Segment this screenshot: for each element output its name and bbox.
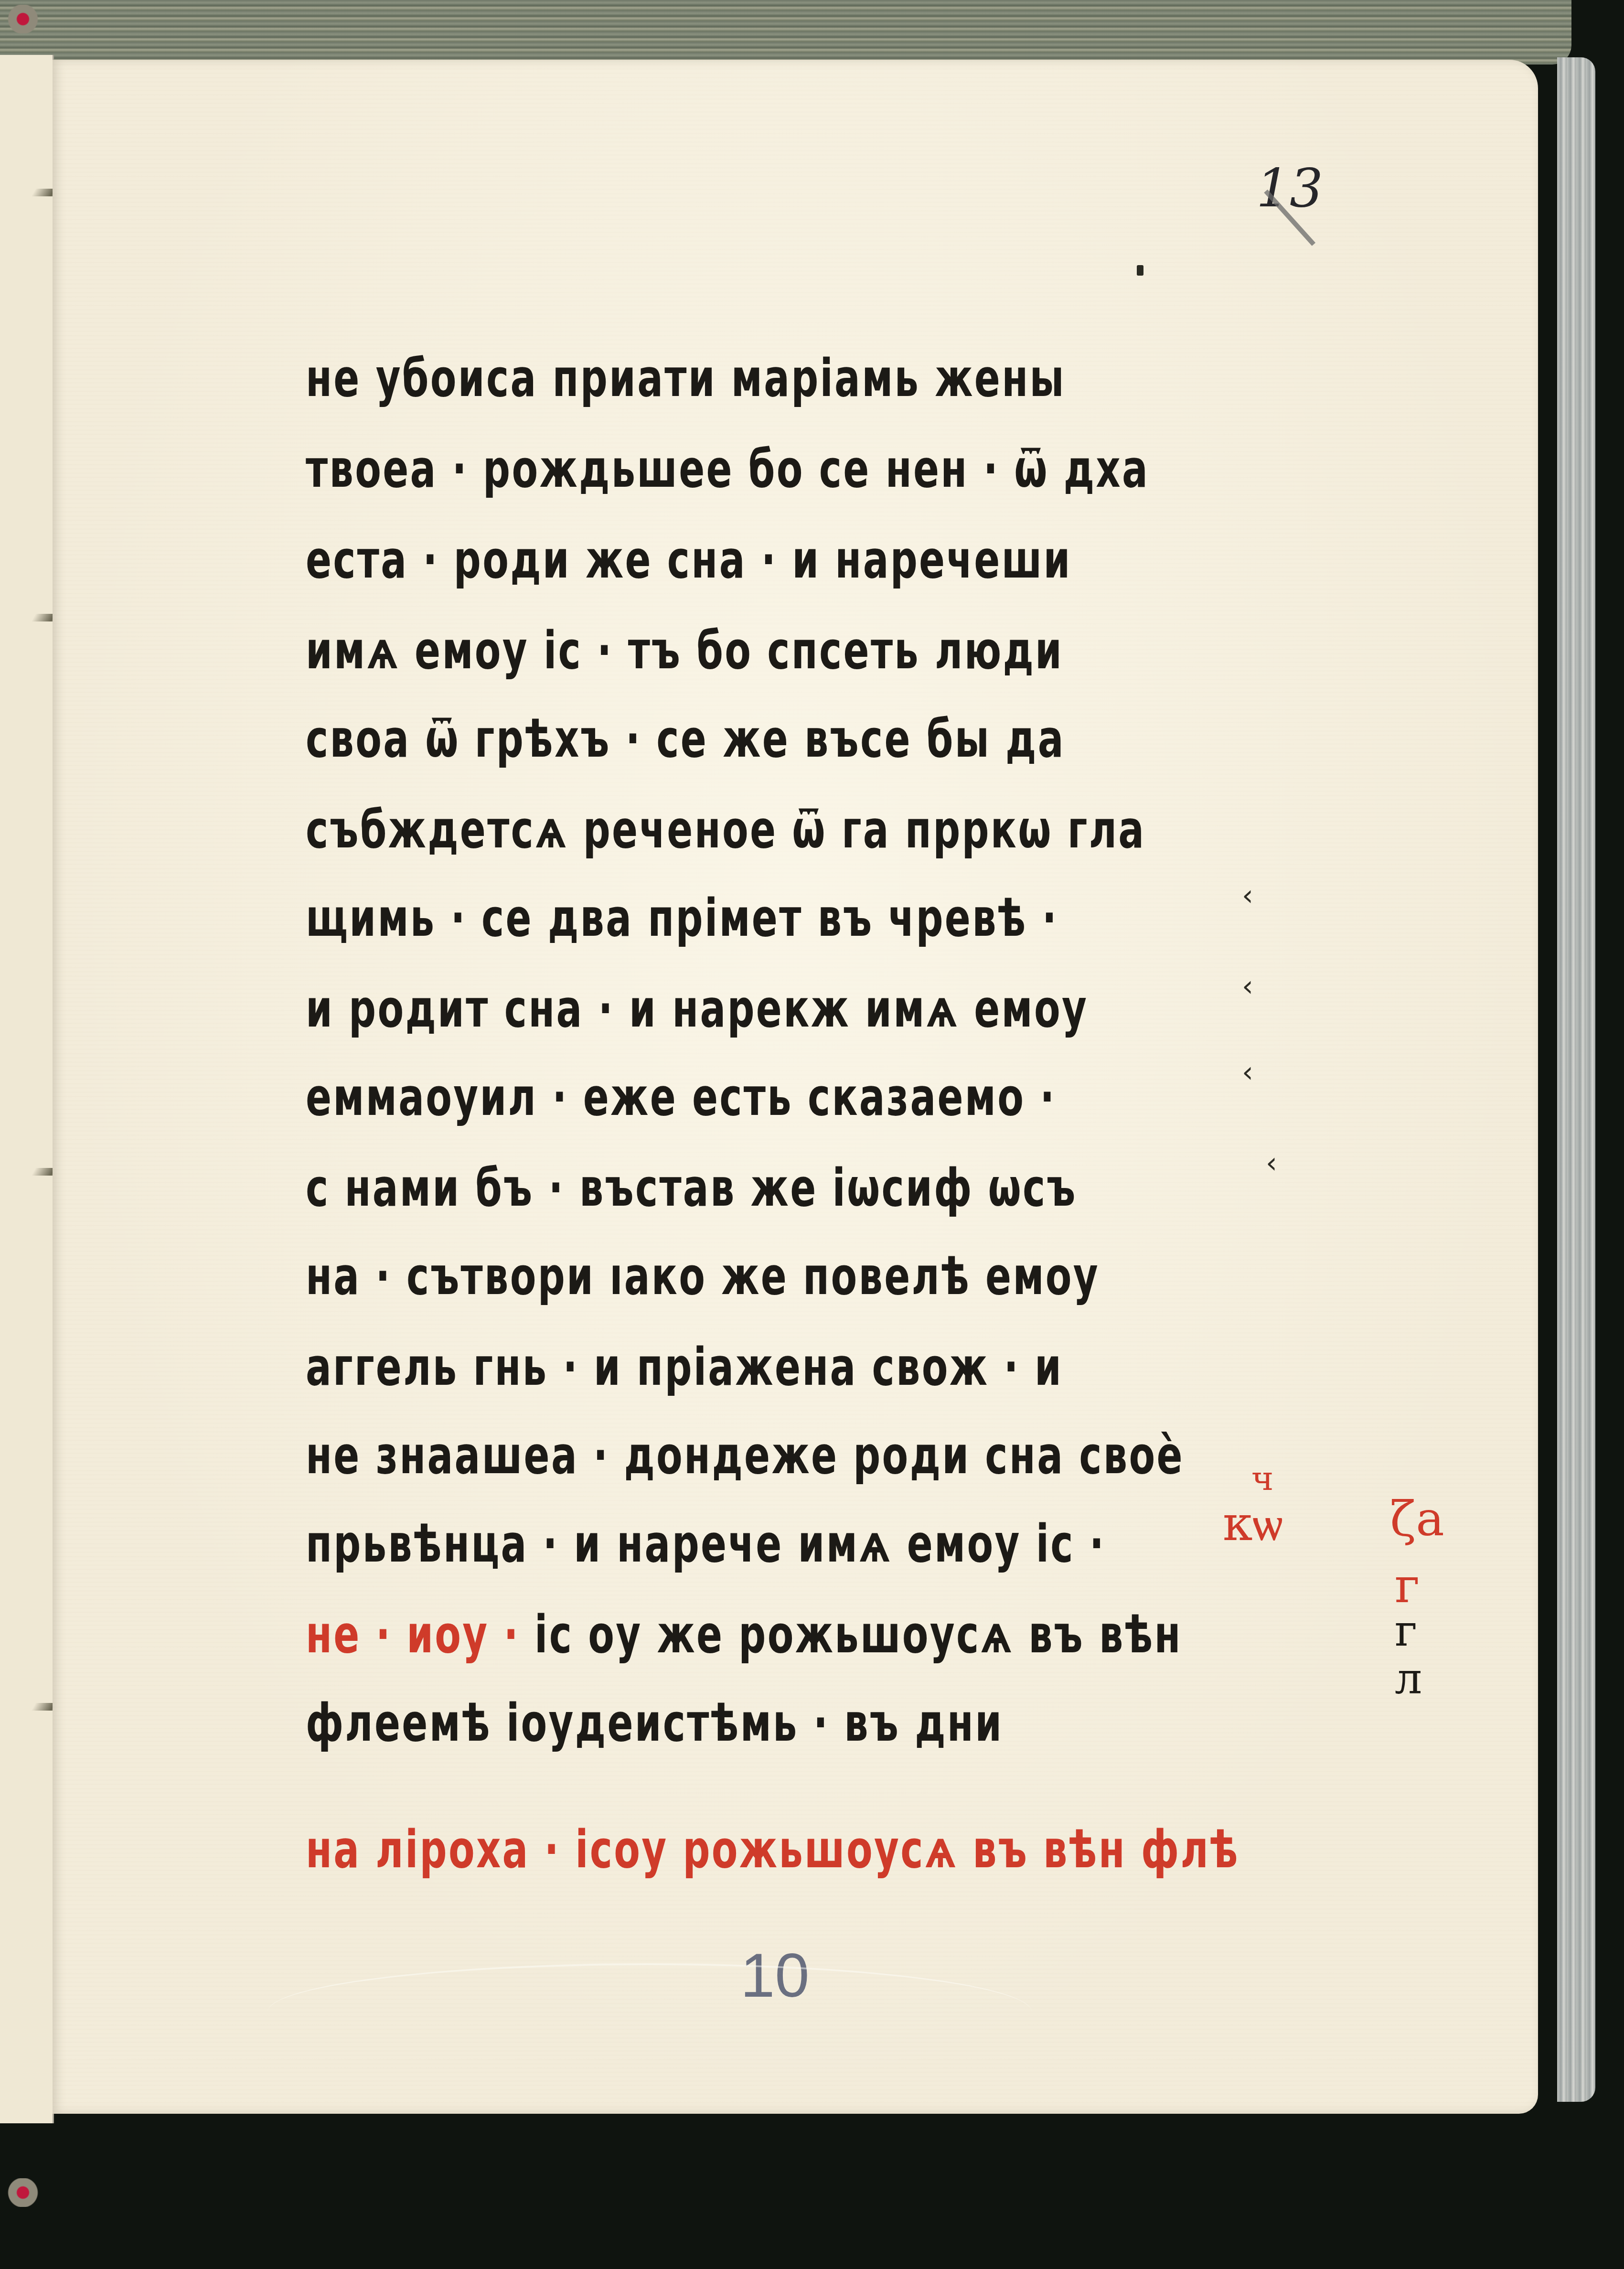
text-continuation: іс оу же рожьшоусѧ въ вѣн bbox=[534, 1605, 1182, 1665]
rubric-prefix: не · иоу · bbox=[306, 1605, 520, 1665]
text-line: не убоиса приати маріамь жены bbox=[306, 349, 1066, 408]
text-line: флеемѣ іоудеистѣмь · въ дни bbox=[306, 1693, 1003, 1753]
margin-note-black: г bbox=[1395, 1610, 1417, 1653]
margin-note-red: г bbox=[1395, 1562, 1420, 1610]
page-edges-right bbox=[1557, 57, 1595, 2102]
text-line-mixed: не · иоу · іс оу же рожьшоусѧ въ вѣн bbox=[306, 1605, 1182, 1665]
paper-crease bbox=[267, 1963, 1032, 2061]
ink-dot bbox=[1137, 265, 1143, 276]
folio-number: 13 bbox=[1256, 158, 1323, 219]
text-line: на · сътвори ıако же повелѣ емоу bbox=[306, 1247, 1100, 1306]
text-line: твоеа · рождьшее бо се нен · ѿ дха bbox=[306, 439, 1149, 499]
text-line: не знаашеа · дондеже роди сна своѐ bbox=[306, 1426, 1184, 1486]
margin-note-red: кѡ bbox=[1223, 1500, 1283, 1548]
margin-tick: ‹ bbox=[1266, 1146, 1277, 1180]
margin-tick: ‹ bbox=[1242, 970, 1253, 1003]
binding-thread-bottom bbox=[0, 2178, 76, 2207]
text-line: имѧ емоу іс · тъ бо спсеть люди bbox=[306, 621, 1063, 681]
text-line: събждетсѧ реченое ѿ га прркѡ гла bbox=[306, 800, 1145, 860]
text-line: прьвѣнца · и нарече имѧ емоу іс · bbox=[306, 1514, 1105, 1574]
text-line: еммаоуил · еже есть сказаемо · bbox=[306, 1068, 1056, 1127]
binding-thread-top bbox=[0, 5, 76, 33]
rubric-line: на ліроха · ісоу рожьшоусѧ въ вѣн флѣ bbox=[306, 1820, 1239, 1880]
margin-tick: ‹ bbox=[1242, 879, 1253, 912]
book-top-edge bbox=[0, 0, 1571, 64]
margin-tick: ‹ bbox=[1242, 1056, 1253, 1089]
text-line: аггель гнь · и пріажена свож · и bbox=[306, 1338, 1063, 1397]
text-line: щимь · се два прімет въ чревѣ · bbox=[306, 888, 1058, 948]
text-line: и родит сна · и нарекж имѧ емоу bbox=[306, 979, 1088, 1039]
margin-note-red-super: ч bbox=[1251, 1462, 1273, 1495]
margin-note-red: ζа bbox=[1390, 1495, 1444, 1543]
facing-page-strip bbox=[0, 55, 54, 2123]
text-line: с нами бъ · въстав же іѡсиф ѡсъ bbox=[306, 1158, 1077, 1218]
text-line: своа ѿ грѣхъ · се же въсе бы да bbox=[306, 709, 1065, 769]
margin-note-black: л bbox=[1395, 1658, 1422, 1701]
text-line: еста · роди же сна · и наречеши bbox=[306, 530, 1072, 590]
